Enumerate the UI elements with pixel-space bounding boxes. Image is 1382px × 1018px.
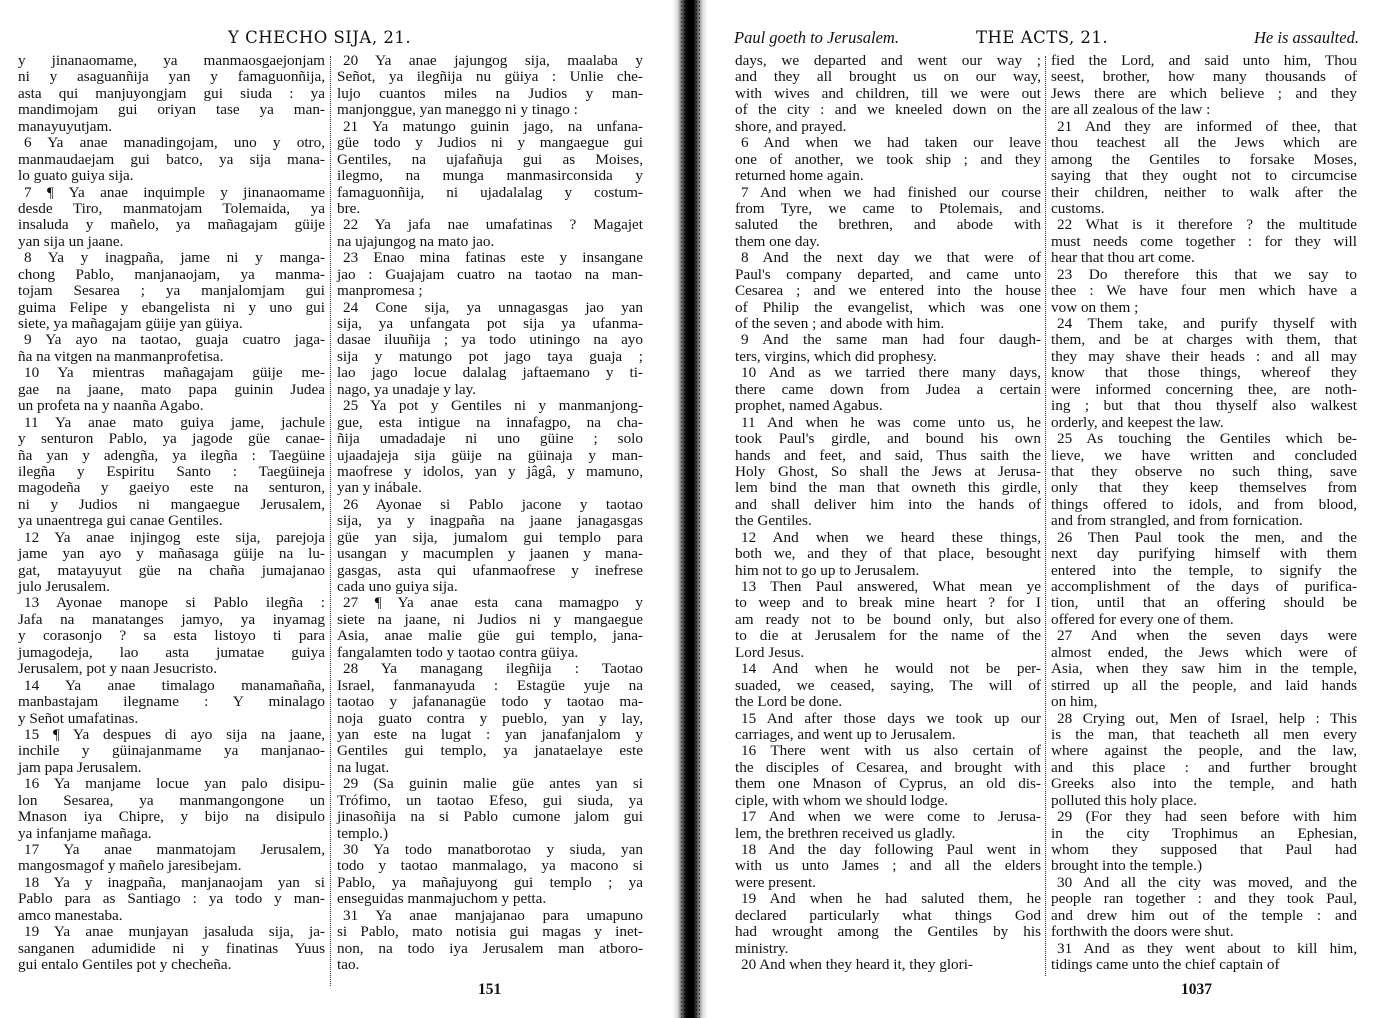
text-line: Jerusalem, pot y naan Jesucristo. xyxy=(18,661,325,677)
text-line: ni y asaguanñija yan y famaguonñija, xyxy=(18,69,325,85)
text-line: fied the Lord, and said unto him, Thou xyxy=(1051,53,1357,69)
text-line: them one day. xyxy=(735,234,1041,250)
text-line: y corasonjo ? sa esta listoyo ti para xyxy=(18,628,325,644)
text-line: shore, and prayed. xyxy=(735,119,1041,135)
text-line: y Señot umafatinas. xyxy=(18,711,325,727)
text-line: forthwith the doors were shut. xyxy=(1051,924,1357,940)
text-line: are all zealous of the law : xyxy=(1051,102,1357,118)
text-line: 26 Ayonae si Pablo jacone y taotao xyxy=(337,497,643,513)
text-line: taotao y jafananagüe todo y taotao ma- xyxy=(337,694,643,710)
text-line: y senturon Pablo, ya jagode güe canae- xyxy=(18,431,325,447)
page-number-right: 1037 xyxy=(1181,981,1212,999)
text-line: 14 And when he would not be per- xyxy=(735,661,1041,677)
text-line: desde Tiro, manmatojam Tolemaida, ya xyxy=(18,201,325,217)
text-line: 22 Ya jafa nae umafatinas ? Magajet xyxy=(337,217,643,233)
text-line: 18 Ya y inagpaña, manjanaojam yan si xyxy=(18,875,325,891)
text-line: 15 ¶ Ya despues di ayo sija na jaane, xyxy=(18,727,325,743)
text-line: sija y matungo pot jago taya guaja ; xyxy=(337,349,643,365)
text-line: Lord Jesus. xyxy=(735,645,1041,661)
text-line: gasgas, asta qui ufanmaofrese y inefrese xyxy=(337,563,643,579)
text-line: and shall deliver him into the hands of xyxy=(735,497,1041,513)
text-line: 22 What is it therefore ? the multitude xyxy=(1051,217,1357,233)
running-head-right-left: Paul goeth to Jerusalem. xyxy=(734,28,899,48)
text-line: only that they keep themselves from xyxy=(1051,480,1357,496)
text-line: lo guato guiya sija. xyxy=(18,168,325,184)
text-line: hands and feet, and said, Thus saith the xyxy=(735,448,1041,464)
text-line: tao. xyxy=(337,957,643,973)
text-line: know that those things, whereof they xyxy=(1051,365,1357,381)
text-line: ñija umadadaje ni uno güine ; solo xyxy=(337,431,643,447)
text-line: hear that thou art come. xyxy=(1051,250,1357,266)
text-line: were present. xyxy=(735,875,1041,891)
text-line: with wives and children, till we were ou… xyxy=(735,86,1041,102)
text-line: Señot, ya ilegñija nu güiya : Unlie che- xyxy=(337,69,643,85)
page-number-left: 151 xyxy=(478,981,501,999)
text-line: nago, ya unadaje y lay. xyxy=(337,382,643,398)
text-line: 13 Ayonae manope si Pablo ilegña : xyxy=(18,595,325,611)
text-column-left-2: 20 Ya anae jajungog sija, maalaba ySeñot… xyxy=(337,53,643,974)
text-line: brought into the temple.) xyxy=(1051,858,1357,874)
text-line: dasae iluuñija ; ya todo utiningo na ayo xyxy=(337,332,643,348)
text-line: sija, ya y inagpaña na jaane janagasgas xyxy=(337,513,643,529)
text-line: thou teachest all the Jews which are xyxy=(1051,135,1357,151)
text-line: 31 Ya anae manjajanao para umapuno xyxy=(337,908,643,924)
text-line: them one Mnason of Cyprus, an old dis- xyxy=(735,776,1041,792)
text-line: them, and be at charges with them, that xyxy=(1051,332,1357,348)
text-line: 20 And when they heard it, they glori- xyxy=(735,957,1041,973)
text-line: 29 (For they had seen before with him xyxy=(1051,809,1357,825)
text-line: and from strangled, and from fornication… xyxy=(1051,513,1357,529)
text-line: 31 And as they went about to kill him, xyxy=(1051,941,1357,957)
text-line: 9 Ya ayo na taotao, guaja cuatro jaga- xyxy=(18,332,325,348)
text-line: 12 And when we heard these things, xyxy=(735,530,1041,546)
text-line: that they observe no such thing, save xyxy=(1051,464,1357,480)
text-line: entered into the temple, to signify the xyxy=(1051,563,1357,579)
text-line: and they all brought us on our way, xyxy=(735,69,1041,85)
text-line: lao jago locue dalalag jaftaemano y ti- xyxy=(337,365,643,381)
text-line: their children, neither to walk after th… xyxy=(1051,185,1357,201)
text-line: 18 And the day following Paul went in xyxy=(735,842,1041,858)
text-line: 27 And when the seven days were xyxy=(1051,628,1357,644)
text-line: manbastajam ilegname : Y minalago xyxy=(18,694,325,710)
column-rule-right xyxy=(1045,56,1046,976)
text-line: 21 Ya matungo guinin jago, na unfana- xyxy=(337,119,643,135)
text-line: to die at Jerusalem for the name of the xyxy=(735,628,1041,644)
text-line: the Lord be done. xyxy=(735,694,1041,710)
text-line: enseguidas manmajuchom y petta. xyxy=(337,891,643,907)
text-line: am ready not to be bound only, but also xyxy=(735,612,1041,628)
text-line: days, we departed and went our way ; xyxy=(735,53,1041,69)
text-line: Trófimo, un taotao Efeso, gui siuda, ya xyxy=(337,793,643,809)
text-line: guima Felipe y ebangelista ni y uno gui xyxy=(18,300,325,316)
text-line: next day purifying himself with them xyxy=(1051,546,1357,562)
left-page: Y CHECHO SIJA, 21. y jinanaomame, ya man… xyxy=(0,0,670,1018)
text-line: polluted this holy place. xyxy=(1051,793,1357,809)
text-line: mangosmagof y mañelo jaresibejam. xyxy=(18,858,325,874)
text-line: ni y Judios ni mangaegue Jerusalem, xyxy=(18,497,325,513)
text-line: Mnason iya Chipre, y bijo na disipulo xyxy=(18,809,325,825)
text-line: lon Sesarea, ya manmangongone un xyxy=(18,793,325,809)
text-line: 29 (Sa guinin malie güe antes yan si xyxy=(337,776,643,792)
text-line: the Gentiles. xyxy=(735,513,1041,529)
text-line: ing ; but that thou thyself also walkest xyxy=(1051,398,1357,414)
text-line: Israel, fanmanayuda : Estagüe yuje na xyxy=(337,678,643,694)
text-line: 28 Ya managang ilegñija : Taotao xyxy=(337,661,643,677)
text-column-right-1: days, we departed and went our way ;and … xyxy=(735,53,1041,974)
text-line: 10 Ya mientras mañagajam güije me- xyxy=(18,365,325,381)
text-line: lieve, we have written and concluded xyxy=(1051,448,1357,464)
text-line: among the Gentiles to forsake Moses, xyxy=(1051,152,1357,168)
text-line: 16 There went with us also certain of xyxy=(735,743,1041,759)
text-line: declared particularly what things God xyxy=(735,908,1041,924)
text-line: manayuyutjam. xyxy=(18,119,325,135)
text-line: 30 And all the city was moved, and the xyxy=(1051,875,1357,891)
text-line: thee : We have four men which have a xyxy=(1051,283,1357,299)
text-line: manpromesa ; xyxy=(337,283,643,299)
text-line: saluted the brethren, and abode with xyxy=(735,217,1041,233)
text-line: 14 Ya anae timalago manamañaña, xyxy=(18,678,325,694)
text-line: sija, ya unfangata pot sija ya ufanma- xyxy=(337,316,643,332)
text-line: were informed concerning thee, are noth- xyxy=(1051,382,1357,398)
text-line: ciple, with whom we should lodge. xyxy=(735,793,1041,809)
text-line: stirred up all the people, and laid hand… xyxy=(1051,678,1357,694)
text-line: 25 Ya pot y Gentiles ni y manmanjong- xyxy=(337,398,643,414)
text-line: almost ended, the Jews which were of xyxy=(1051,645,1357,661)
text-line: güe todo y Judios ni y mangaegue gui xyxy=(337,135,643,151)
column-rule-left xyxy=(330,56,331,986)
text-line: 7 And when we had finished our course xyxy=(735,185,1041,201)
text-line: 8 Ya y inagpaña, jame ni y manga- xyxy=(18,250,325,266)
text-line: 6 Ya anae manadingojam, uno y otro, xyxy=(18,135,325,151)
text-line: is the man, that teacheth all men every xyxy=(1051,727,1357,743)
text-line: 21 And they are informed of thee, that xyxy=(1051,119,1357,135)
text-line: to weep and to break mine heart ? for I xyxy=(735,595,1041,611)
text-line: 23 Enao mina fatinas este y insangane xyxy=(337,250,643,266)
text-line: from Tyre, we came to Ptolemais, and xyxy=(735,201,1041,217)
text-line: jam papa Jerusalem. xyxy=(18,760,325,776)
text-line: people ran together : and they took Paul… xyxy=(1051,891,1357,907)
text-line: tojam Sesarea ; ya manjalomjam gui xyxy=(18,283,325,299)
text-line: Greeks also into the temple, and hath xyxy=(1051,776,1357,792)
text-line: 15 And after those days we took up our xyxy=(735,711,1041,727)
text-line: julo Jerusalem. xyxy=(18,579,325,595)
text-line: one of another, we took ship ; and they xyxy=(735,152,1041,168)
text-line: ilegmo, na munga manmasirconsida y xyxy=(337,168,643,184)
text-line: 16 Ya manjame locue yan palo disipu- xyxy=(18,776,325,792)
text-line: maofrese y idolos, yan y jâgâ, y mamuno, xyxy=(337,464,643,480)
text-line: prophet, named Agabus. xyxy=(735,398,1041,414)
text-line: todo y taotao manmalago, ya macono si xyxy=(337,858,643,874)
text-line: yan sija un jaane. xyxy=(18,234,325,250)
text-line: manmaudaejam gui batco, ya sija mana- xyxy=(18,152,325,168)
text-line: where against the people, and the law, xyxy=(1051,743,1357,759)
text-line: na lugat. xyxy=(337,760,643,776)
text-line: things offered to idols, and from blood, xyxy=(1051,497,1357,513)
text-line: inchile y güinajanmame ya manjanao- xyxy=(18,743,325,759)
running-head-right-center: THE ACTS, 21. xyxy=(976,28,1108,47)
text-line: ya unaentrega gui canae Gentiles. xyxy=(18,513,325,529)
text-line: orderly, and keepest the law. xyxy=(1051,415,1357,431)
text-line: of the seven ; and abode with him. xyxy=(735,316,1041,332)
text-line: jame yan ayo y mañasaga güije na lu- xyxy=(18,546,325,562)
text-line: returned home again. xyxy=(735,168,1041,184)
text-line: jinasoñija na si Pablo cumone jalom gui xyxy=(337,809,643,825)
text-line: ministry. xyxy=(735,941,1041,957)
text-line: of Philip the evangelist, which was one xyxy=(735,300,1041,316)
text-line: 12 Ya anae injingog este sija, parejoja xyxy=(18,530,325,546)
text-line: güe yan sija, jumalom gui templo para xyxy=(337,530,643,546)
text-line: si Pablo, mato notisia gui magas y inet- xyxy=(337,924,643,940)
text-line: ters, virgins, which did prophesy. xyxy=(735,349,1041,365)
text-line: of the city : and we kneeled down on the xyxy=(735,102,1041,118)
right-page: Paul goeth to Jerusalem. THE ACTS, 21. H… xyxy=(712,0,1382,1018)
text-line: 23 Do therefore this that we say to xyxy=(1051,267,1357,283)
text-line: insaluda y mañelo, ya mañagajam güije xyxy=(18,217,325,233)
text-line: 8 And the next day we that were of xyxy=(735,250,1041,266)
text-line: 10 And as we tarried there many days, xyxy=(735,365,1041,381)
text-line: jao : Guajajam cuatro na taotao na man- xyxy=(337,267,643,283)
text-line: yan este na lugat : yan janafanjalom y xyxy=(337,727,643,743)
text-line: 7 ¶ Ya anae inquimple y jinanaomame xyxy=(18,185,325,201)
text-line: Asia, anae malie güe gui templo, jana- xyxy=(337,628,643,644)
text-line: asta qui manjuyongjam gui siuda : ya xyxy=(18,86,325,102)
text-line: 17 Ya anae manmatojam Jerusalem, xyxy=(18,842,325,858)
text-line: vow on them ; xyxy=(1051,300,1357,316)
text-line: mandimojam gui oriyan tase ya man- xyxy=(18,102,325,118)
text-line: and drew him out of the temple : and xyxy=(1051,908,1357,924)
text-line: carriages, and went up to Jerusalem. xyxy=(735,727,1041,743)
text-line: ña yan y adengña, ya ilegña : Taegüine xyxy=(18,448,325,464)
text-line: ujaadajeja sija güije na güinaja y man- xyxy=(337,448,643,464)
text-line: fangalamten todo y taotao contra güiya. xyxy=(337,645,643,661)
text-line: Paul's company departed, and came unto xyxy=(735,267,1041,283)
text-line: there came down from Judea a certain xyxy=(735,382,1041,398)
running-head-left-page: Y CHECHO SIJA, 21. xyxy=(228,28,411,47)
text-line: Gentiles gui templo, ya janataelaye este xyxy=(337,743,643,759)
text-line: siete na jaane, ni Judios ni y mangaegue xyxy=(337,612,643,628)
text-column-left-1: y jinanaomame, ya manmaosgaejonjamni y a… xyxy=(18,53,325,974)
text-line: Jafa na manatanges jamyo, ya inyamag xyxy=(18,612,325,628)
text-line: magodeña y gaeiyo este na senturon, xyxy=(18,480,325,496)
text-line: tion, until that an offering should be xyxy=(1051,595,1357,611)
text-line: na ujajungog na mato jao. xyxy=(337,234,643,250)
text-line: manjonggue, yan maneggo ni y tinago : xyxy=(337,102,643,118)
text-line: 30 Ya todo manatborotao y siuda, yan xyxy=(337,842,643,858)
text-line: noja guato contra y pueblo, yan y lay, xyxy=(337,711,643,727)
text-line: 25 As touching the Gentiles which be- xyxy=(1051,431,1357,447)
text-line: offered for every one of them. xyxy=(1051,612,1357,628)
text-line: in the city Trophimus an Ephesian, xyxy=(1051,826,1357,842)
text-line: saying that they ought not to circumcise xyxy=(1051,168,1357,184)
text-line: Pablo para as Santiago : ya todo y man- xyxy=(18,891,325,907)
text-line: 28 Crying out, Men of Israel, help : Thi… xyxy=(1051,711,1357,727)
text-line: Holy Ghost, So shall the Jews at Jerusa- xyxy=(735,464,1041,480)
text-column-right-2: fied the Lord, and said unto him, Thouse… xyxy=(1051,53,1357,974)
text-line: 24 Cone sija, ya unnagasgas jao yan xyxy=(337,300,643,316)
text-line: had wrought among the Gentiles by his xyxy=(735,924,1041,940)
text-line: and this place : and further brought xyxy=(1051,760,1357,776)
text-line: ilegña y Espiritu Santo : Taegüineja xyxy=(18,464,325,480)
text-line: 24 Them take, and purify thyself with xyxy=(1051,316,1357,332)
text-line: 17 And when we were come to Jerusa- xyxy=(735,809,1041,825)
text-line: 6 And when we had taken our leave xyxy=(735,135,1041,151)
text-line: un profeta na y naanña Agabo. xyxy=(18,398,325,414)
text-line: y jinanaomame, ya manmaosgaejonjam xyxy=(18,53,325,69)
text-line: lem bind the man that owneth this girdle… xyxy=(735,480,1041,496)
text-line: 20 Ya anae jajungog sija, maalaba y xyxy=(337,53,643,69)
gutter-shadow xyxy=(680,0,700,1018)
text-line: 11 And when he was come unto us, he xyxy=(735,415,1041,431)
text-line: lem, the brethren received us gladly. xyxy=(735,826,1041,842)
text-line: 11 Ya anae mato guiya jame, jachule xyxy=(18,415,325,431)
text-line: Pablo, ya mañajuyong gui templo ; ya xyxy=(337,875,643,891)
text-line: 19 And when he had saluted them, he xyxy=(735,891,1041,907)
text-line: siete, ya mañagajam güije yan güiya. xyxy=(18,316,325,332)
text-line: gat, matayuyut güe na chaña jumajanao xyxy=(18,563,325,579)
text-line: sanganen adumidide ni y finatinas Yuus xyxy=(18,941,325,957)
text-line: amco manestaba. xyxy=(18,908,325,924)
text-line: seest, brother, how many thousands of xyxy=(1051,69,1357,85)
text-line: 9 And the same man had four daugh- xyxy=(735,332,1041,348)
text-line: Jews there are which believe ; and they xyxy=(1051,86,1357,102)
text-line: famaguonñija, ni ujadalalag y costum- xyxy=(337,185,643,201)
running-head-right-right: He is assaulted. xyxy=(1254,28,1359,48)
text-line: both we, and they of that place, besough… xyxy=(735,546,1041,562)
text-line: usangan y macumplen y jaanen y mana- xyxy=(337,546,643,562)
text-line: tidings came unto the chief captain of xyxy=(1051,957,1357,973)
text-line: the disciples of Cesarea, and brought wi… xyxy=(735,760,1041,776)
text-line: 26 Then Paul took the men, and the xyxy=(1051,530,1357,546)
text-line: ya infanjame mañaga. xyxy=(18,826,325,842)
text-line: suaded, we ceased, saying, The will of xyxy=(735,678,1041,694)
text-line: Cesarea ; and we entered into the house xyxy=(735,283,1041,299)
text-line: jumagodeja, lao asta jumatae guiya xyxy=(18,645,325,661)
text-line: must needs come together : for they will xyxy=(1051,234,1357,250)
text-line: whom they supposed that Paul had xyxy=(1051,842,1357,858)
text-line: on him, xyxy=(1051,694,1357,710)
text-line: gae na jaane, mato papa guinin Judea xyxy=(18,382,325,398)
text-line: 13 Then Paul answered, What mean ye xyxy=(735,579,1041,595)
text-line: with us unto James ; and all the elders xyxy=(735,858,1041,874)
text-line: they may shave their heads : and all may xyxy=(1051,349,1357,365)
text-line: non, na todo iya Jerusalem man atboro- xyxy=(337,941,643,957)
text-line: 19 Ya anae munjayan jasaluda sija, ja- xyxy=(18,924,325,940)
text-line: lujo cuantos miles na Judios y man- xyxy=(337,86,643,102)
text-line: took Paul's girdle, and bound his own xyxy=(735,431,1041,447)
text-line: customs. xyxy=(1051,201,1357,217)
text-line: him not to go up to Jerusalem. xyxy=(735,563,1041,579)
text-line: 27 ¶ Ya anae esta cana mamagpo y xyxy=(337,595,643,611)
text-line: cada uno guiya sija. xyxy=(337,579,643,595)
text-line: accomplishment of the days of purifica- xyxy=(1051,579,1357,595)
text-line: templo.) xyxy=(337,826,643,842)
text-line: gui entalo Gentiles pot y checheña. xyxy=(18,957,325,973)
text-line: Asia, when they saw him in the temple, xyxy=(1051,661,1357,677)
text-line: gue, esta intigue na innafagpo, na cha- xyxy=(337,415,643,431)
text-line: yan y inábale. xyxy=(337,480,643,496)
text-line: bre. xyxy=(337,201,643,217)
text-line: Gentiles, na ujafañuja gui as Moises, xyxy=(337,152,643,168)
text-line: chong Pablo, manjanaojam, ya manma- xyxy=(18,267,325,283)
text-line: ña na vitgen na manmanprofetisa. xyxy=(18,349,325,365)
